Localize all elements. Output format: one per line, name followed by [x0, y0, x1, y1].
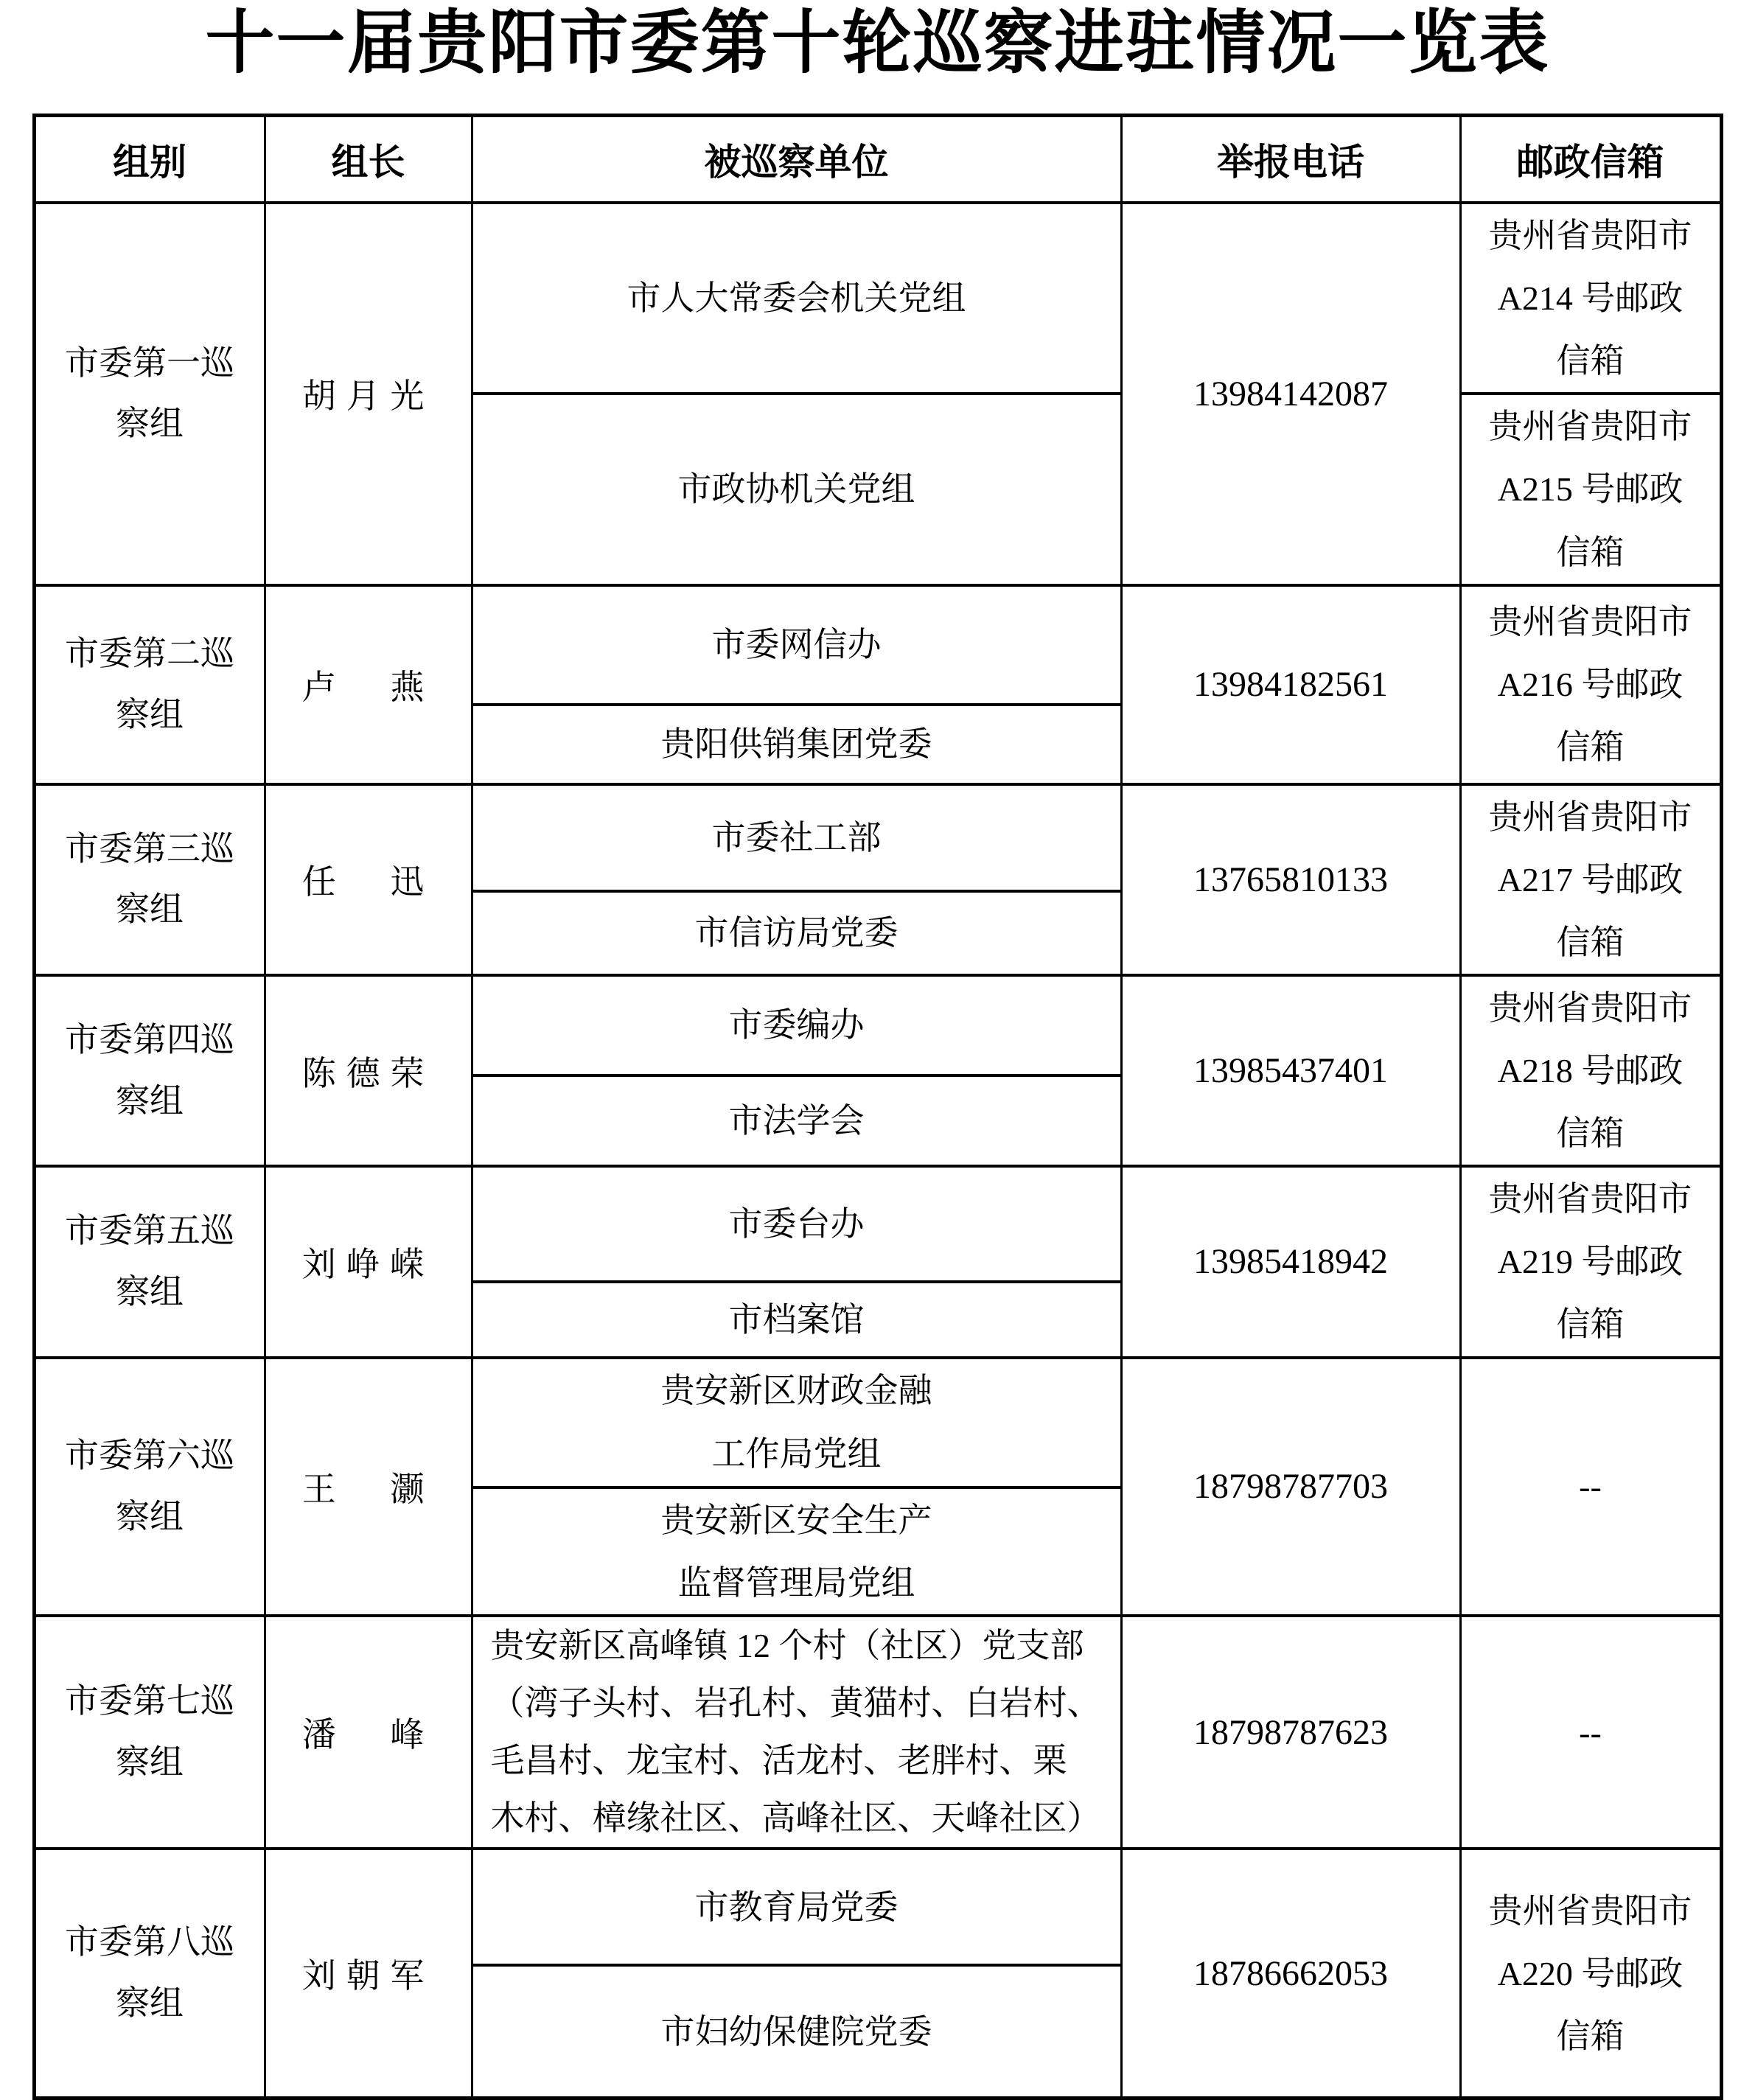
unit-cell: 贵安新区安全生产 监督管理局党组 — [472, 1487, 1121, 1616]
table-row: 市委第七巡 察组 潘 峰 贵安新区高峰镇 12 个村（社区）党支部 （湾子头村、… — [34, 1616, 1721, 1849]
group-cell: 市委第二巡 察组 — [34, 585, 265, 784]
unit-cell: 市法学会 — [472, 1075, 1121, 1166]
leader-cell: 王 灏 — [265, 1358, 472, 1616]
leader-cell: 卢 燕 — [265, 585, 472, 784]
mailbox-cell: 贵州省贵阳市 A218 号邮政 信箱 — [1460, 975, 1721, 1166]
group-cell: 市委第四巡 察组 — [34, 975, 265, 1166]
group-cell: 市委第五巡 察组 — [34, 1166, 265, 1357]
phone-cell: 13765810133 — [1121, 784, 1460, 975]
leader-cell: 潘 峰 — [265, 1616, 472, 1849]
unit-cell: 市政协机关党组 — [472, 394, 1121, 585]
leader-cell: 刘朝军 — [265, 1849, 472, 2098]
table-row: 市委第二巡 察组 卢 燕 市委网信办 13984182561 贵州省贵阳市 A2… — [34, 585, 1721, 705]
unit-cell: 市人大常委会机关党组 — [472, 203, 1121, 394]
leader-cell: 刘峥嵘 — [265, 1166, 472, 1357]
table-row: 市委第一巡 察组 胡月光 市人大常委会机关党组 13984142087 贵州省贵… — [34, 203, 1721, 394]
mailbox-cell: 贵州省贵阳市 A220 号邮政 信箱 — [1460, 1849, 1721, 2098]
unit-cell: 市信访局党委 — [472, 891, 1121, 975]
mailbox-cell: 贵州省贵阳市 A215 号邮政 信箱 — [1460, 394, 1721, 585]
phone-cell: 13984182561 — [1121, 585, 1460, 784]
unit-cell: 市委网信办 — [472, 585, 1121, 705]
unit-cell: 市委台办 — [472, 1166, 1121, 1281]
mailbox-cell: 贵州省贵阳市 A216 号邮政 信箱 — [1460, 585, 1721, 784]
unit-cell: 市教育局党委 — [472, 1849, 1121, 1965]
page-title: 十一届贵阳市委第十轮巡察进驻情况一览表 — [0, 3, 1755, 83]
header-leader: 组长 — [265, 116, 472, 203]
phone-cell: 18786662053 — [1121, 1849, 1460, 2098]
header-phone: 举报电话 — [1121, 116, 1460, 203]
phone-cell: 13985418942 — [1121, 1166, 1460, 1357]
unit-cell: 贵安新区财政金融 工作局党组 — [472, 1358, 1121, 1487]
header-group: 组别 — [34, 116, 265, 203]
phone-cell: 13985437401 — [1121, 975, 1460, 1166]
header-units: 被巡察单位 — [472, 116, 1121, 203]
leader-cell: 任 迅 — [265, 784, 472, 975]
leader-cell: 陈德荣 — [265, 975, 472, 1166]
group-cell: 市委第三巡 察组 — [34, 784, 265, 975]
table-row: 市委第六巡 察组 王 灏 贵安新区财政金融 工作局党组 18798787703 … — [34, 1358, 1721, 1487]
mailbox-cell: -- — [1460, 1616, 1721, 1849]
unit-cell: 市档案馆 — [472, 1282, 1121, 1358]
mailbox-cell: 贵州省贵阳市 A217 号邮政 信箱 — [1460, 784, 1721, 975]
unit-cell: 贵安新区高峰镇 12 个村（社区）党支部 （湾子头村、岩孔村、黄猫村、白岩村、 … — [472, 1616, 1121, 1849]
unit-cell: 市委社工部 — [472, 784, 1121, 891]
unit-cell: 贵阳供销集团党委 — [472, 705, 1121, 784]
table-row: 市委第八巡 察组 刘朝军 市教育局党委 18786662053 贵州省贵阳市 A… — [34, 1849, 1721, 1965]
table-row: 市委第三巡 察组 任 迅 市委社工部 13765810133 贵州省贵阳市 A2… — [34, 784, 1721, 891]
phone-cell: 13984142087 — [1121, 203, 1460, 585]
leader-cell: 胡月光 — [265, 203, 472, 585]
group-cell: 市委第一巡 察组 — [34, 203, 265, 585]
header-row: 组别 组长 被巡察单位 举报电话 邮政信箱 — [34, 116, 1721, 203]
mailbox-cell: 贵州省贵阳市 A219 号邮政 信箱 — [1460, 1166, 1721, 1357]
group-cell: 市委第七巡 察组 — [34, 1616, 265, 1849]
phone-cell: 18798787703 — [1121, 1358, 1460, 1616]
group-cell: 市委第六巡 察组 — [34, 1358, 265, 1616]
header-mailbox: 邮政信箱 — [1460, 116, 1721, 203]
group-cell: 市委第八巡 察组 — [34, 1849, 265, 2098]
table-row: 市委第四巡 察组 陈德荣 市委编办 13985437401 贵州省贵阳市 A21… — [34, 975, 1721, 1075]
table-row: 市委第五巡 察组 刘峥嵘 市委台办 13985418942 贵州省贵阳市 A21… — [34, 1166, 1721, 1281]
phone-cell: 18798787623 — [1121, 1616, 1460, 1849]
mailbox-cell: -- — [1460, 1358, 1721, 1616]
inspection-table: 组别 组长 被巡察单位 举报电话 邮政信箱 市委第一巡 察组 胡月光 市人大常委… — [32, 114, 1723, 2100]
unit-cell: 市妇幼保健院党委 — [472, 1965, 1121, 2098]
unit-cell: 市委编办 — [472, 975, 1121, 1075]
mailbox-cell: 贵州省贵阳市 A214 号邮政 信箱 — [1460, 203, 1721, 394]
